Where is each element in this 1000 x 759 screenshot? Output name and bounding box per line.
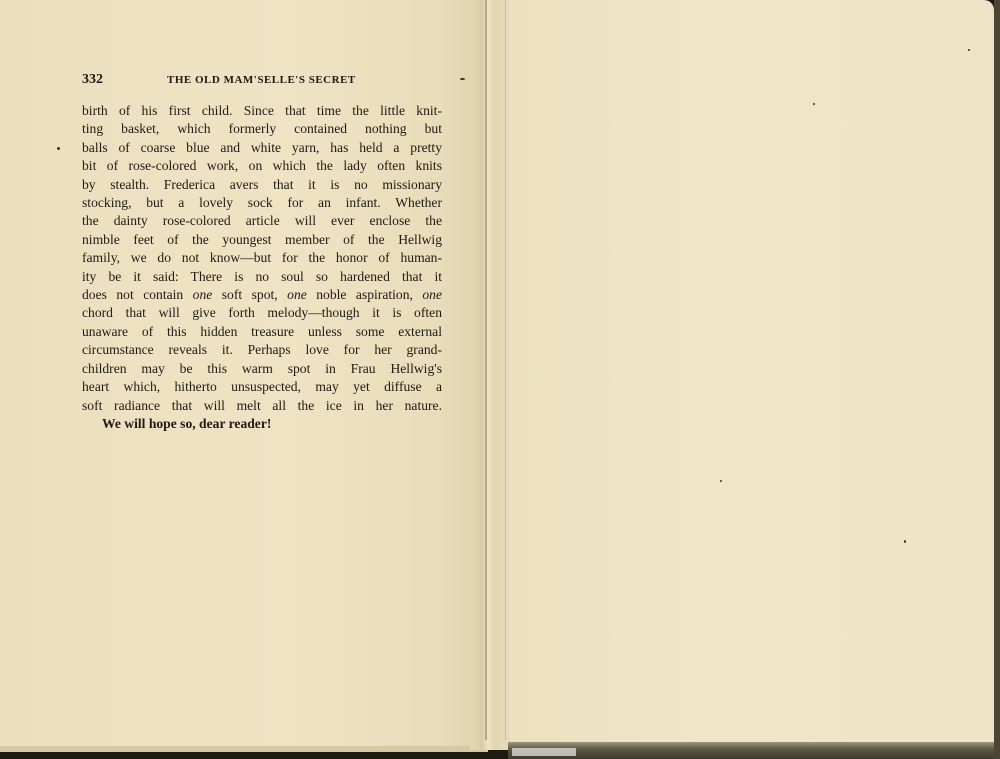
paper-speck: [57, 147, 60, 150]
text-line: balls of coarse blue and white yarn, has…: [82, 139, 442, 157]
text-line: chord that will give forth melody—though…: [82, 304, 442, 322]
book-cover-bottom-edge: [508, 742, 1000, 759]
paper-speck: [460, 78, 465, 80]
page-header: 332 THE OLD MAM'SELLE'S SECRET: [82, 72, 468, 92]
body-text: birth of his first child. Since that tim…: [82, 102, 442, 433]
text-run: soft spot,: [212, 287, 287, 302]
text-line: ting basket, which formerly contained no…: [82, 120, 442, 138]
paper-speck: [720, 480, 722, 482]
text-line: heart which, hitherto unsuspected, may y…: [82, 378, 442, 396]
right-page-blank: [508, 0, 994, 742]
text-run: does not contain: [82, 287, 193, 302]
text-line: circumstance reveals it. Perhaps love fo…: [82, 341, 442, 359]
gutter-fold-line: [485, 0, 487, 740]
paper-speck: [813, 103, 815, 105]
book-gutter: [470, 0, 510, 750]
text-line: family, we do not know—but for the honor…: [82, 249, 442, 267]
italic-emphasis: one: [287, 287, 307, 302]
text-line: bit of rose-colored work, on which the l…: [82, 157, 442, 175]
page-number: 332: [82, 72, 103, 88]
text-line: soft radiance that will melt all the ice…: [82, 397, 442, 415]
paper-speck: [904, 540, 906, 543]
text-line: ity be it said: There is no soul so hard…: [82, 268, 442, 286]
running-title: THE OLD MAM'SELLE'S SECRET: [167, 74, 356, 86]
text-run: noble aspiration,: [307, 287, 423, 302]
text-line: birth of his first child. Since that tim…: [82, 102, 442, 120]
italic-emphasis: one: [193, 287, 213, 302]
closing-line: We will hope so, dear reader!: [82, 415, 442, 433]
open-book-spread: 332 THE OLD MAM'SELLE'S SECRET birth of …: [0, 0, 1000, 759]
text-line: stocking, but a lovely sock for an infan…: [82, 194, 442, 212]
gutter-fold-line: [505, 0, 506, 740]
left-page-bottom-edge: [0, 746, 488, 752]
text-line: unaware of this hidden treasure unless s…: [82, 323, 442, 341]
italic-emphasis: one: [422, 287, 442, 302]
text-line: the dainty rose-colored article will eve…: [82, 212, 442, 230]
book-cover-right-edge: [994, 0, 1000, 759]
binding-tape: [512, 748, 576, 756]
text-line: children may be this warm spot in Frau H…: [82, 360, 442, 378]
text-line: by stealth. Frederica avers that it is n…: [82, 176, 442, 194]
paper-speck: [968, 49, 970, 51]
text-line: does not contain one soft spot, one nobl…: [82, 286, 442, 304]
text-line: nimble feet of the youngest member of th…: [82, 231, 442, 249]
